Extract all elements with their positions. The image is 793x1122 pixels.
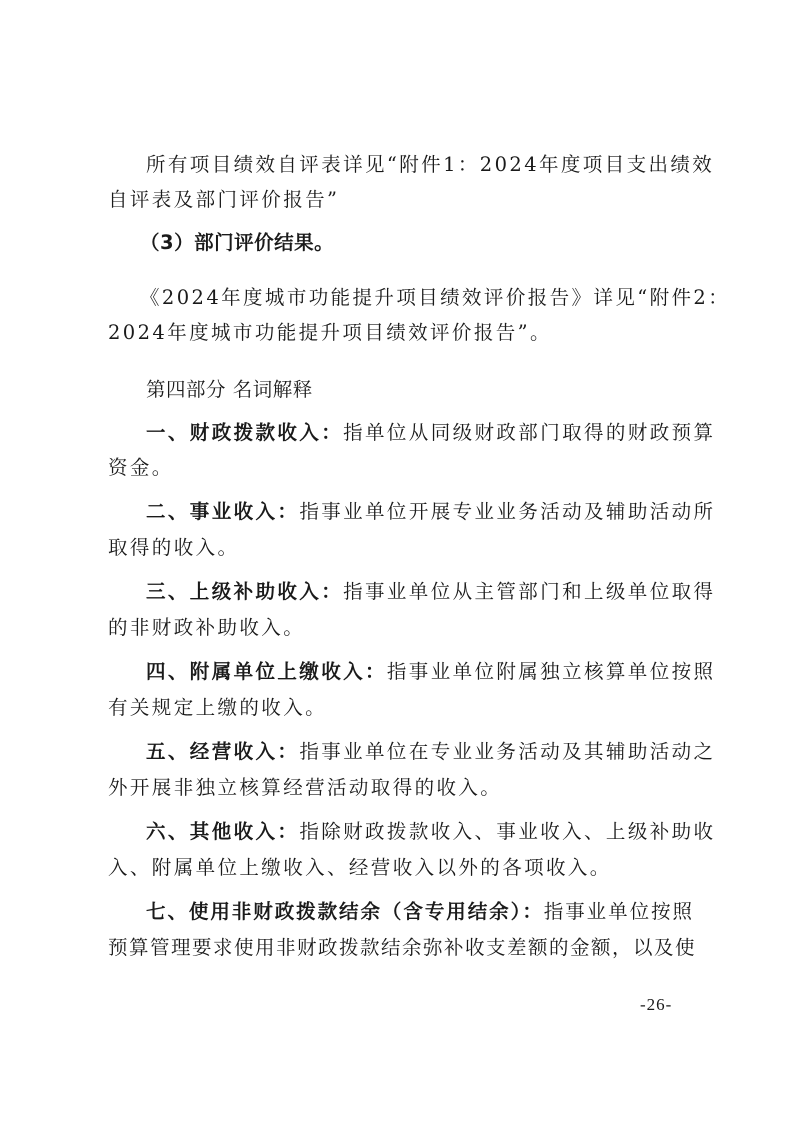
subheading-dept-evaluation: （3）部门评价结果。: [140, 231, 687, 255]
term-definition-cont: 资金。: [108, 456, 693, 480]
term-def: 指事业单位开展专业业务活动及辅助活动所: [299, 500, 715, 523]
paragraph-line: 所有项目绩效自评表详见“附件1：2024年度项目支出绩效: [146, 153, 693, 177]
term-definition-cont: 有关规定上缴的收入。: [108, 696, 693, 720]
term-def: 指事业单位按照: [544, 900, 693, 923]
term-definition-line: 七、使用非财政拨款结余（含专用结余）：指事业单位按照: [146, 900, 693, 924]
paragraph-line: 2024年度城市功能提升项目绩效评价报告”。: [108, 321, 693, 345]
term-definition-line: 五、经营收入：指事业单位在专业业务活动及其辅助活动之: [146, 740, 693, 764]
paragraph-line: 自评表及部门评价报告”: [108, 188, 693, 212]
term-definition-cont: 外开展非独立核算经营活动取得的收入。: [108, 776, 693, 800]
term-label: 二、事业收入：: [146, 500, 299, 523]
term-label: 六、其他收入：: [146, 820, 299, 843]
term-definition-line: 六、其他收入：指除财政拨款收入、事业收入、上级补助收: [146, 820, 693, 844]
term-definition-cont: 取得的收入。: [108, 536, 693, 560]
term-def: 指事业单位在专业业务活动及其辅助活动之: [299, 740, 715, 763]
term-definition-line: 三、上级补助收入：指事业单位从主管部门和上级单位取得: [146, 580, 693, 604]
term-label: 三、上级补助收入：: [146, 580, 343, 603]
paragraph-line: 《2024年度城市功能提升项目绩效评价报告》详见“附件2：: [140, 286, 693, 310]
term-definition-cont: 预算管理要求使用非财政拨款结余弥补收支差额的金额，以及使: [108, 936, 693, 960]
term-label: 四、附属单位上缴收入：: [146, 660, 387, 683]
term-definition-line: 四、附属单位上缴收入：指事业单位附属独立核算单位按照: [146, 660, 693, 684]
term-def: 指除财政拨款收入、事业收入、上级补助收: [299, 820, 715, 843]
term-def: 指事业单位从主管部门和上级单位取得: [343, 580, 715, 603]
term-definition-line: 一、财政拨款收入：指单位从同级财政部门取得的财政预算: [146, 421, 693, 445]
section-heading: 第四部分 名词解释: [146, 378, 693, 402]
term-definition-cont: 入、附属单位上缴收入、经营收入以外的各项收入。: [108, 856, 693, 880]
term-def: 指事业单位附属独立核算单位按照: [387, 660, 716, 683]
term-label: 一、财政拨款收入：: [146, 421, 343, 444]
term-definition-cont: 的非财政补助收入。: [108, 616, 693, 640]
term-label: 七、使用非财政拨款结余（含专用结余）：: [146, 900, 544, 923]
term-definition-line: 二、事业收入：指事业单位开展专业业务活动及辅助活动所: [146, 500, 693, 524]
term-def: 指单位从同级财政部门取得的财政预算: [343, 421, 715, 444]
page-number: -26-: [640, 995, 672, 1015]
term-label: 五、经营收入：: [146, 740, 299, 763]
